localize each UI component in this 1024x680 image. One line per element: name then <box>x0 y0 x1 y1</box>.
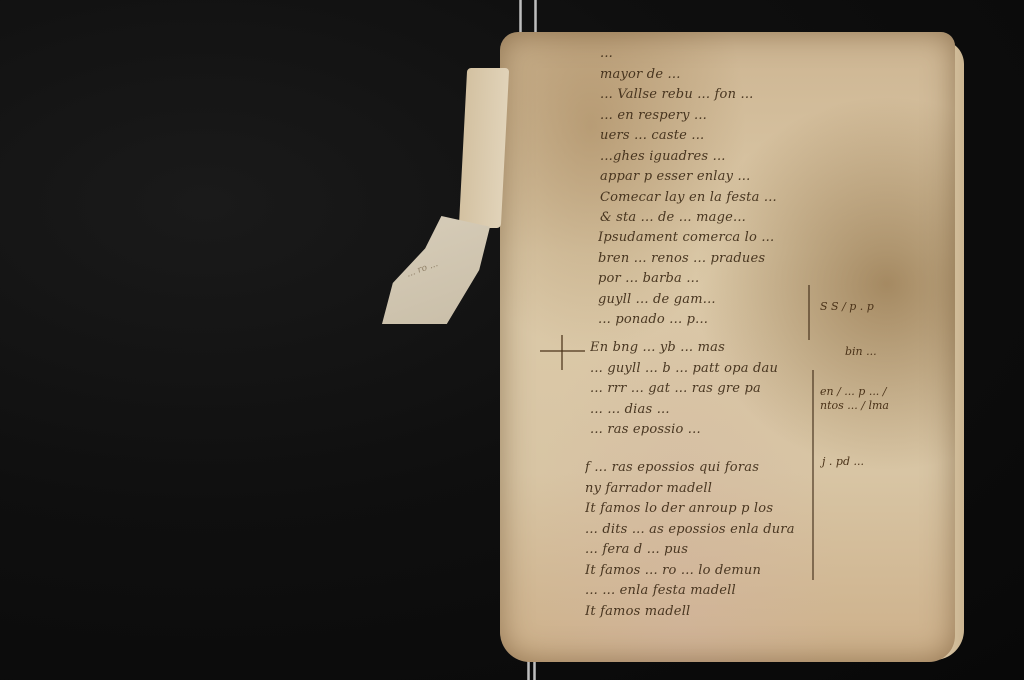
text-line: mayor de ... <box>600 65 830 86</box>
text-block-3: En bng ... yb ... mas ... guyll ... b ..… <box>590 338 820 441</box>
text-line: Comecar lay en la festa ... <box>600 188 830 209</box>
margin-note: j . pd ... <box>822 455 864 469</box>
folded-paper-tab <box>459 68 509 228</box>
text-block-2: Ipsudament comerca lo ... bren ... renos… <box>598 228 828 331</box>
text-line: ...ghes iguadres ... <box>600 147 830 168</box>
margin-note: bin ... <box>845 345 877 359</box>
margin-note: en / ... p ... / ntos ... / lma <box>820 385 890 413</box>
text-line: En bng ... yb ... mas <box>590 338 820 359</box>
text-line: It famos lo der anroup p los <box>585 499 815 520</box>
text-line: appar p esser enlay ... <box>600 167 830 188</box>
text-line: ... Vallse rebu ... fon ... <box>600 85 830 106</box>
text-line: bren ... renos ... pradues <box>598 249 828 270</box>
text-line: Ipsudament comerca lo ... <box>598 228 828 249</box>
text-line: ... rrr ... gat ... ras gre pa <box>590 379 820 400</box>
text-line: uers ... caste ... <box>600 126 830 147</box>
text-line: f ... ras epossios qui foras <box>585 458 815 479</box>
text-line: por ... barba ... <box>598 269 828 290</box>
margin-bracket <box>812 370 814 580</box>
text-line: ... ras epossio ... <box>590 420 820 441</box>
text-line: ... ponado ... p... <box>598 310 828 331</box>
text-line: It famos madell <box>585 602 815 623</box>
text-line: ... ... dias ... <box>590 400 820 421</box>
text-block-1: ... mayor de ... ... Vallse rebu ... fon… <box>600 44 830 229</box>
text-block-4: f ... ras epossios qui foras ny farrador… <box>585 458 815 622</box>
text-line: ... <box>600 44 830 65</box>
text-line: & sta ... de ... mage... <box>600 208 830 229</box>
text-line: ... fera d ... pus <box>585 540 815 561</box>
text-line: ... ... enla festa madell <box>585 581 815 602</box>
text-line: It famos ... ro ... lo demun <box>585 561 815 582</box>
margin-bracket <box>808 285 810 340</box>
text-line: ... guyll ... b ... patt opa dau <box>590 359 820 380</box>
text-line: ... dits ... as epossios enla dura <box>585 520 815 541</box>
stand-rod <box>534 0 537 34</box>
text-line: ... en respery ... <box>600 106 830 127</box>
text-line: ny farrador madell <box>585 479 815 500</box>
text-line: guyll ... de gam... <box>598 290 828 311</box>
margin-note: S S / p . p <box>820 300 874 314</box>
margin-cross-mark <box>561 335 563 370</box>
